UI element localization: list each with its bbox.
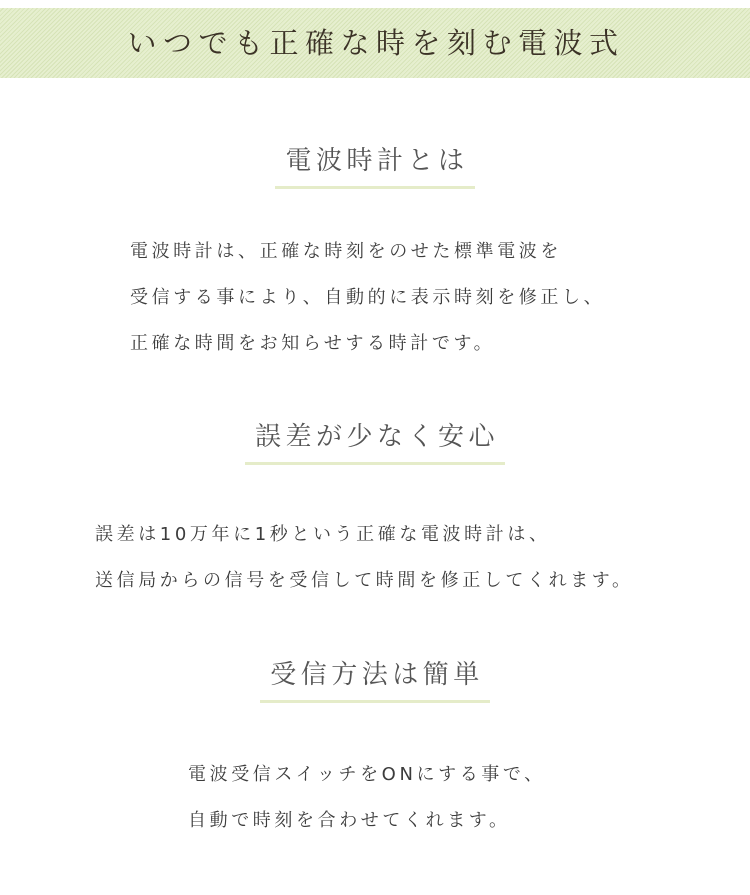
body-line: 正確な時間をお知らせする時計です。 xyxy=(130,321,605,367)
body-line: 受信する事により、自動的に表示時刻を修正し、 xyxy=(130,275,605,321)
section-heading-wrap: 誤差が少なく安心 xyxy=(0,424,750,465)
section-heading: 電波時計とは xyxy=(275,148,474,189)
section-body: 誤差は10万年に1秒という正確な電波時計は、 送信局からの信号を受信して時間を修… xyxy=(95,512,634,604)
banner-title: いつでも正確な時を刻む電波式 xyxy=(127,29,624,58)
body-line: 電波時計は、正確な時刻をのせた標準電波を xyxy=(130,229,605,275)
body-line: 誤差は10万年に1秒という正確な電波時計は、 xyxy=(95,512,634,558)
section-heading: 誤差が少なく安心 xyxy=(245,424,505,465)
section-heading-wrap: 受信方法は簡単 xyxy=(0,662,750,703)
section-body: 電波受信スイッチをONにする事で、 自動で時刻を合わせてくれます。 xyxy=(188,752,546,844)
section-body: 電波時計は、正確な時刻をのせた標準電波を 受信する事により、自動的に表示時刻を修… xyxy=(130,229,605,367)
title-banner: いつでも正確な時を刻む電波式 xyxy=(0,8,750,78)
section-heading-wrap: 電波時計とは xyxy=(0,148,750,189)
body-line: 送信局からの信号を受信して時間を修正してくれます。 xyxy=(95,558,634,604)
body-line: 自動で時刻を合わせてくれます。 xyxy=(188,798,546,844)
section-heading: 受信方法は簡単 xyxy=(260,662,490,703)
body-line: 電波受信スイッチをONにする事で、 xyxy=(188,752,546,798)
